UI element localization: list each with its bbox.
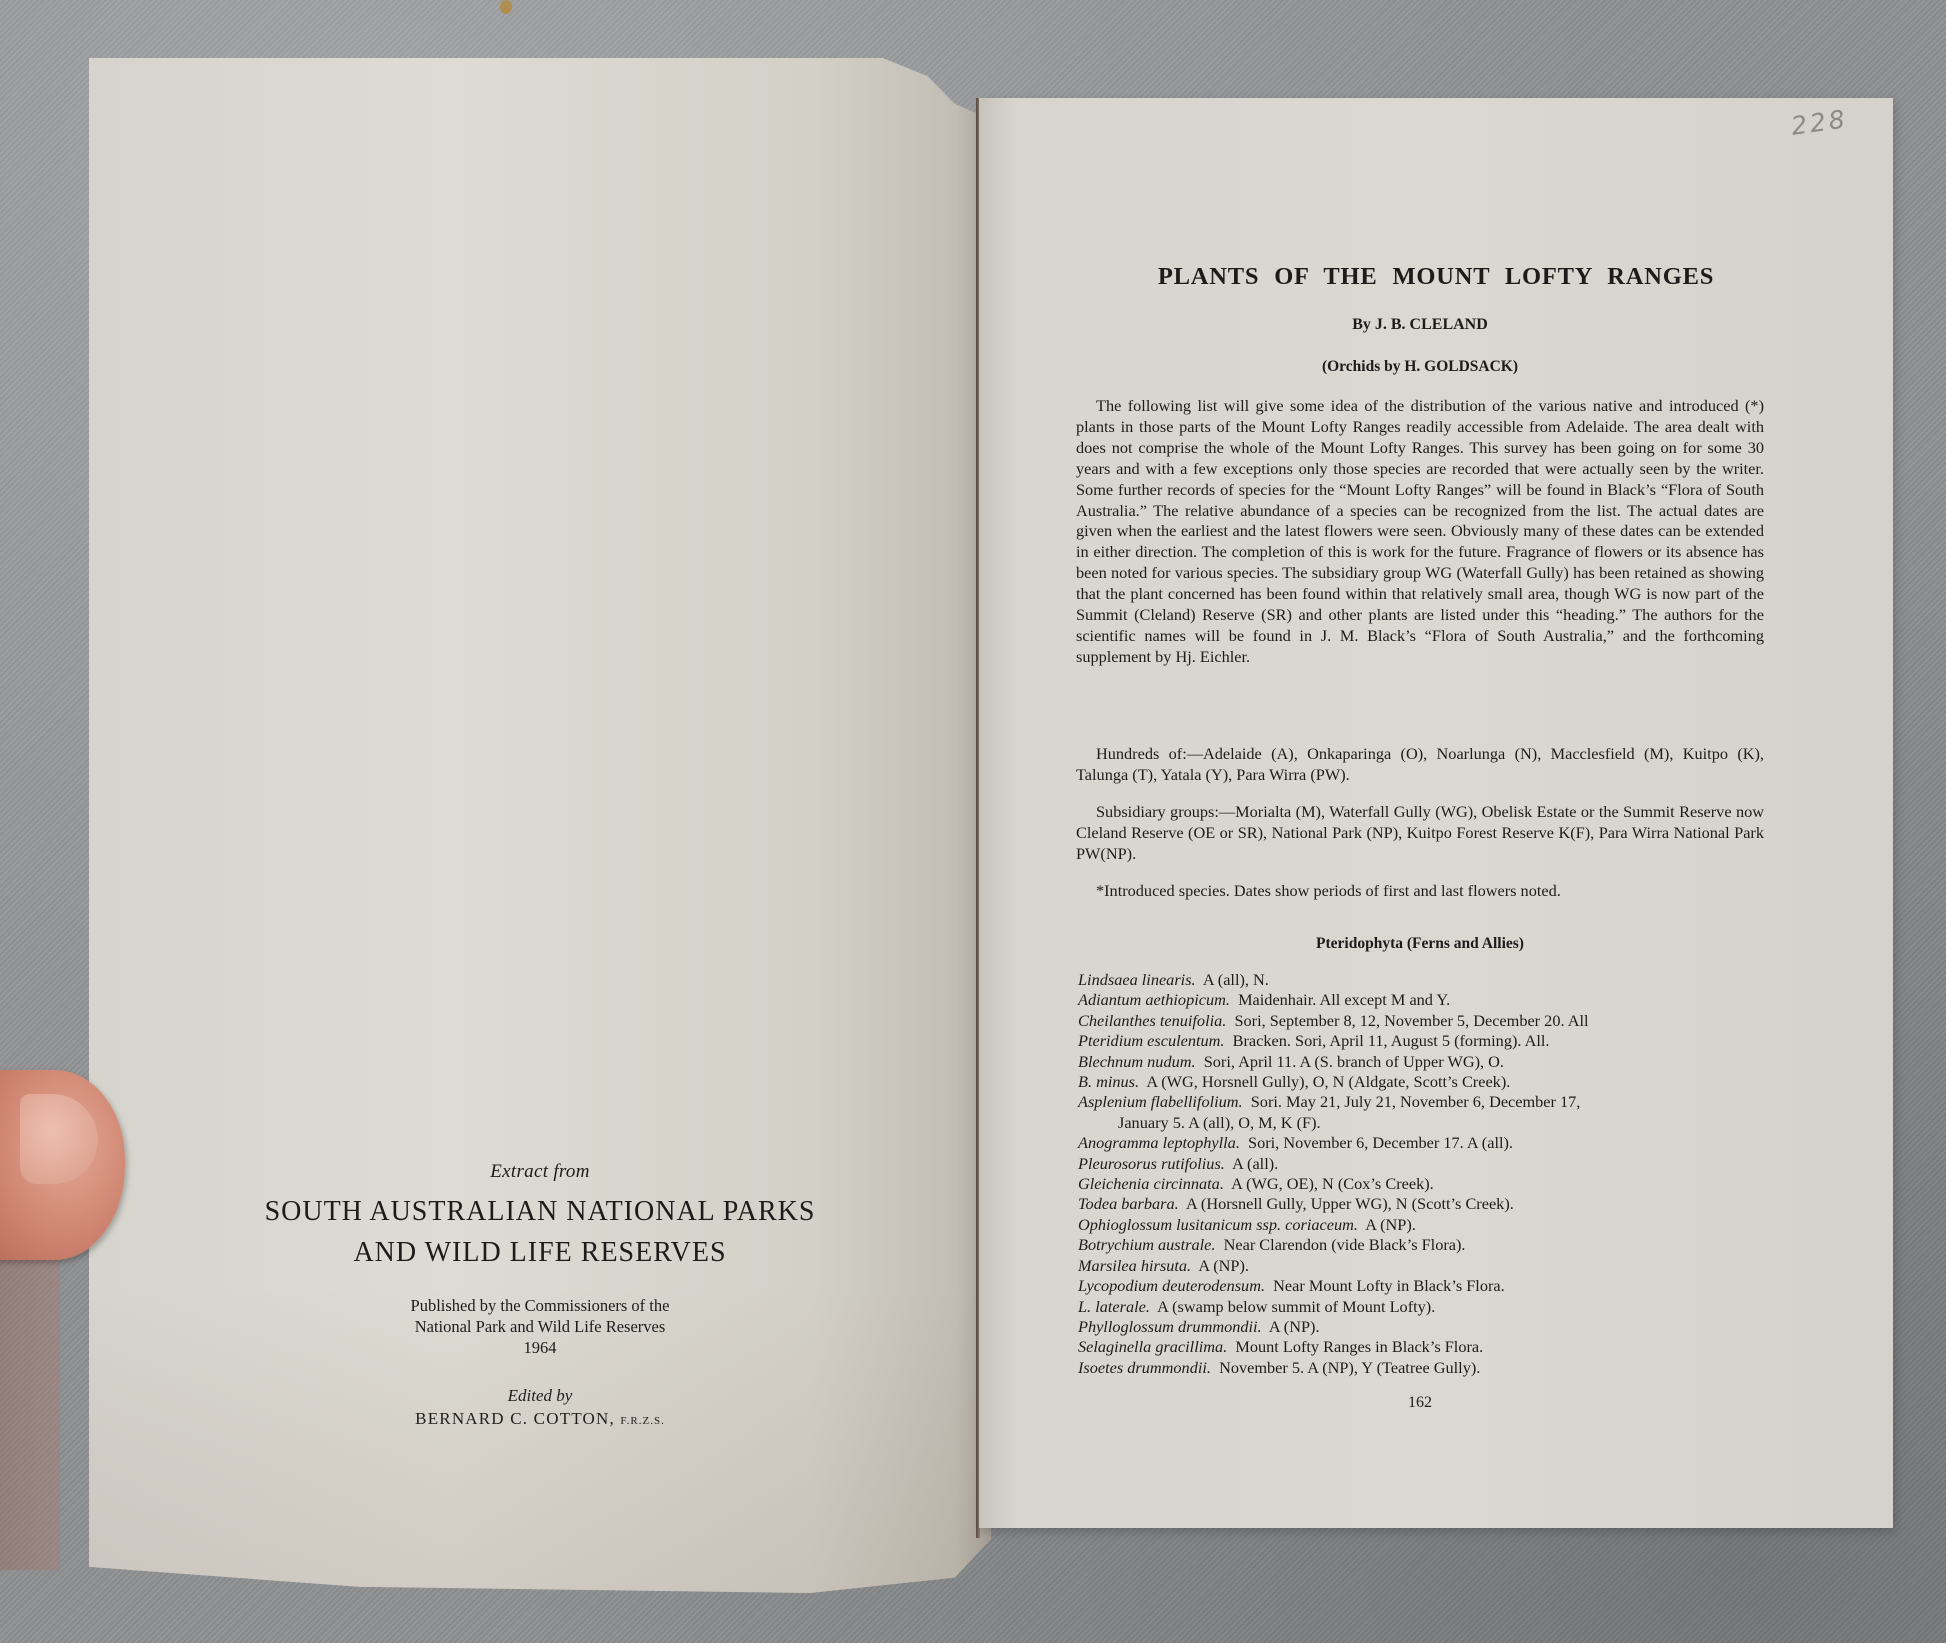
species-entry: Phylloglossum drummondii. A (NP). bbox=[1078, 1317, 1768, 1337]
species-notes: Mount Lofty Ranges in Black’s Flora. bbox=[1235, 1337, 1483, 1356]
species-name: B. minus. bbox=[1078, 1072, 1139, 1091]
species-entry: Gleichenia circinnata. A (WG, OE), N (Co… bbox=[1078, 1174, 1768, 1194]
species-entry: Ophioglossum lusitanicum ssp. coriaceum.… bbox=[1078, 1215, 1768, 1235]
species-name: Todea barbara. bbox=[1078, 1194, 1179, 1213]
species-list: Lindsaea linearis. A (all), N. Adiantum … bbox=[1078, 970, 1768, 1378]
species-name: Lindsaea linearis. bbox=[1078, 970, 1196, 989]
species-notes: A (Horsnell Gully, Upper WG), N (Scott’s… bbox=[1186, 1194, 1514, 1213]
species-name: Pleurosorus rutifolius. bbox=[1078, 1154, 1225, 1173]
species-name: Selaginella gracillima. bbox=[1078, 1337, 1227, 1356]
species-entry: Anogramma leptophylla. Sori, November 6,… bbox=[1078, 1133, 1768, 1153]
edited-by-label: Edited by bbox=[89, 1386, 991, 1406]
species-notes-continuation: January 5. A (all), O, M, K (F). bbox=[1078, 1113, 1768, 1133]
series-title: SOUTH AUSTRALIAN NATIONAL PARKS AND WILD… bbox=[89, 1191, 991, 1273]
species-notes: Sori, November 6, December 17. A (all). bbox=[1248, 1133, 1513, 1152]
species-notes: Sori. May 21, July 21, November 6, Decem… bbox=[1251, 1092, 1581, 1111]
species-name: Phylloglossum drummondii. bbox=[1078, 1317, 1262, 1336]
species-name: Pteridium esculentum. bbox=[1078, 1031, 1225, 1050]
hundreds-paragraph: Hundreds of:—Adelaide (A), Onkaparinga (… bbox=[1076, 744, 1764, 786]
extract-label: Extract from bbox=[89, 1161, 991, 1183]
publisher-line-1: Published by the Commissioners of the bbox=[89, 1295, 991, 1316]
species-notes: A (WG, Horsnell Gully), O, N (Aldgate, S… bbox=[1146, 1072, 1510, 1091]
byline: By J. B. CLELAND bbox=[1076, 316, 1764, 334]
editor-postnominal: F.R.Z.S. bbox=[620, 1415, 664, 1427]
subsidiary-groups-paragraph: Subsidiary groups:—Morialta (M), Waterfa… bbox=[1076, 802, 1764, 865]
species-entry: Lycopodium deuterodensum. Near Mount Lof… bbox=[1078, 1276, 1768, 1296]
sub-byline: (Orchids by H. GOLDSACK) bbox=[1076, 358, 1764, 376]
species-notes: A (NP). bbox=[1269, 1317, 1320, 1336]
species-entry: Asplenium flabellifolium. Sori. May 21, … bbox=[1078, 1092, 1768, 1133]
species-entry: Pteridium esculentum. Bracken. Sori, Apr… bbox=[1078, 1031, 1768, 1051]
species-entry: Botrychium australe. Near Clarendon (vid… bbox=[1078, 1235, 1768, 1255]
species-notes: Sori, April 11. A (S. branch of Upper WG… bbox=[1204, 1052, 1504, 1071]
species-entry: B. minus. A (WG, Horsnell Gully), O, N (… bbox=[1078, 1072, 1768, 1092]
species-entry: Todea barbara. A (Horsnell Gully, Upper … bbox=[1078, 1194, 1768, 1214]
publication-year: 1964 bbox=[89, 1337, 991, 1358]
species-name: Marsilea hirsuta. bbox=[1078, 1256, 1191, 1275]
page-number: 162 bbox=[1076, 1394, 1764, 1412]
species-name: Botrychium australe. bbox=[1078, 1235, 1215, 1254]
species-name: Ophioglossum lusitanicum ssp. coriaceum. bbox=[1078, 1215, 1358, 1234]
section-heading: Pteridophyta (Ferns and Allies) bbox=[1076, 935, 1764, 953]
species-name: Adiantum aethiopicum. bbox=[1078, 990, 1230, 1009]
species-entry: Adiantum aethiopicum. Maidenhair. All ex… bbox=[1078, 990, 1768, 1010]
species-name: Cheilanthes tenuifolia. bbox=[1078, 1011, 1226, 1030]
series-title-line-1: SOUTH AUSTRALIAN NATIONAL PARKS bbox=[89, 1191, 991, 1232]
species-notes: Near Mount Lofty in Black’s Flora. bbox=[1273, 1276, 1505, 1295]
species-name: Anogramma leptophylla. bbox=[1078, 1133, 1240, 1152]
right-page: 228 PLANTS OF THE MOUNT LOFTY RANGES By … bbox=[979, 98, 1893, 1528]
species-notes: A (WG, OE), N (Cox’s Creek). bbox=[1231, 1174, 1434, 1193]
species-entry: Pleurosorus rutifolius. A (all). bbox=[1078, 1154, 1768, 1174]
species-name: Blechnum nudum. bbox=[1078, 1052, 1196, 1071]
article-title: PLANTS OF THE MOUNT LOFTY RANGES bbox=[1116, 263, 1756, 291]
intro-paragraph: The following list will give some idea o… bbox=[1076, 396, 1764, 668]
thumbnail-icon bbox=[20, 1094, 98, 1184]
footnote: *Introduced species. Dates show periods … bbox=[1096, 881, 1561, 901]
species-notes: A (NP). bbox=[1198, 1256, 1249, 1275]
editor-name: BERNARD C. COTTON, F.R.Z.S. bbox=[89, 1409, 991, 1429]
imprint-block: Extract from SOUTH AUSTRALIAN NATIONAL P… bbox=[89, 1161, 991, 1429]
series-title-line-2: AND WILD LIFE RESERVES bbox=[89, 1232, 991, 1273]
editor-name-text: BERNARD C. COTTON, bbox=[415, 1409, 615, 1428]
species-notes: A (swamp below summit of Mount Lofty). bbox=[1157, 1297, 1435, 1316]
species-name: Lycopodium deuterodensum. bbox=[1078, 1276, 1265, 1295]
publisher-line-2: National Park and Wild Life Reserves bbox=[89, 1316, 991, 1337]
species-entry: Marsilea hirsuta. A (NP). bbox=[1078, 1256, 1768, 1276]
species-name: Gleichenia circinnata. bbox=[1078, 1174, 1224, 1193]
species-notes: Maidenhair. All except M and Y. bbox=[1238, 990, 1450, 1009]
hand-shadow bbox=[0, 1260, 60, 1570]
species-notes: A (NP). bbox=[1365, 1215, 1416, 1234]
species-notes: Near Clarendon (vide Black’s Flora). bbox=[1224, 1235, 1466, 1254]
species-entry: Isoetes drummondii. November 5. A (NP), … bbox=[1078, 1358, 1768, 1378]
species-notes: A (all). bbox=[1232, 1154, 1278, 1173]
species-entry: L. laterale. A (swamp below summit of Mo… bbox=[1078, 1297, 1768, 1317]
species-notes: Bracken. Sori, April 11, August 5 (formi… bbox=[1233, 1031, 1550, 1050]
species-name: Isoetes drummondii. bbox=[1078, 1358, 1211, 1377]
species-entry: Cheilanthes tenuifolia. Sori, September … bbox=[1078, 1011, 1768, 1031]
species-entry: Lindsaea linearis. A (all), N. bbox=[1078, 970, 1768, 990]
debris-speck bbox=[500, 0, 512, 14]
species-name: Asplenium flabellifolium. bbox=[1078, 1092, 1243, 1111]
publisher-statement: Published by the Commissioners of the Na… bbox=[89, 1295, 991, 1358]
species-entry: Selaginella gracillima. Mount Lofty Rang… bbox=[1078, 1337, 1768, 1357]
left-page: Extract from SOUTH AUSTRALIAN NATIONAL P… bbox=[89, 58, 991, 1593]
species-notes: November 5. A (NP), Y (Teatree Gully). bbox=[1219, 1358, 1480, 1377]
species-notes: A (all), N. bbox=[1203, 970, 1269, 989]
species-name: L. laterale. bbox=[1078, 1297, 1150, 1316]
handwritten-page-note: 228 bbox=[1789, 104, 1849, 141]
species-entry: Blechnum nudum. Sori, April 11. A (S. br… bbox=[1078, 1052, 1768, 1072]
species-notes: Sori, September 8, 12, November 5, Decem… bbox=[1234, 1011, 1588, 1030]
